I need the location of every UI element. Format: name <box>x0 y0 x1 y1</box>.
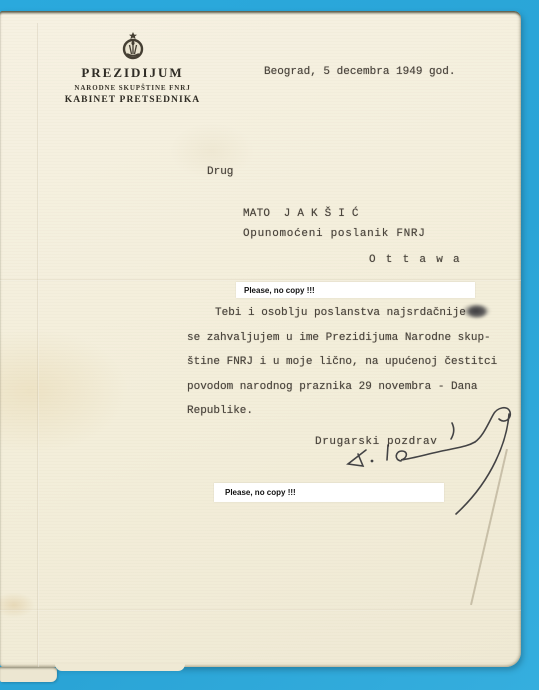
ink-signature-icon <box>335 398 530 528</box>
horizontal-fold-crease-lower <box>0 609 521 611</box>
letterhead-office: KABINET PRETSEDNIKA <box>50 95 215 105</box>
letterhead: PREZIDIJUM NARODNE SKUPŠTINE FNRJ KABINE… <box>50 32 215 105</box>
body-line: štine FNRJ i u moje lično, na upućenoj č… <box>187 356 497 368</box>
recipient-city: O t t a w a <box>369 254 461 266</box>
dateline: Beograd, 5 decembra 1949 god. <box>264 66 455 78</box>
coat-of-arms-icon <box>122 32 144 62</box>
no-copy-watermark-bottom: Please, no copy !!! <box>214 483 444 502</box>
body-line: povodom narodnog praznika 29 novembra - … <box>187 381 477 393</box>
body-line: se zahvaljujem u ime Prezidijuma Narodne… <box>187 332 491 344</box>
body-line: Republike. <box>187 405 253 417</box>
salutation: Drug <box>207 166 233 178</box>
no-copy-watermark-top: Please, no copy !!! <box>236 282 475 298</box>
underlying-sheet-corner <box>0 667 57 682</box>
body-line: Tebi i osoblju poslanstva najsrdačnije <box>187 307 466 319</box>
recipient-name: MATO J A K Š I Ć <box>243 208 359 220</box>
horizontal-fold-crease-upper <box>0 279 521 281</box>
letterhead-org-subtitle: NARODNE SKUPŠTINE FNRJ <box>50 84 215 92</box>
letterhead-org-title: PREZIDIJUM <box>50 65 215 81</box>
ink-smudge <box>468 306 486 317</box>
vertical-fold-crease <box>37 23 39 678</box>
recipient-title: Opunomoćeni poslanik FNRJ <box>243 228 426 240</box>
paper-bottom-edge <box>55 664 185 671</box>
